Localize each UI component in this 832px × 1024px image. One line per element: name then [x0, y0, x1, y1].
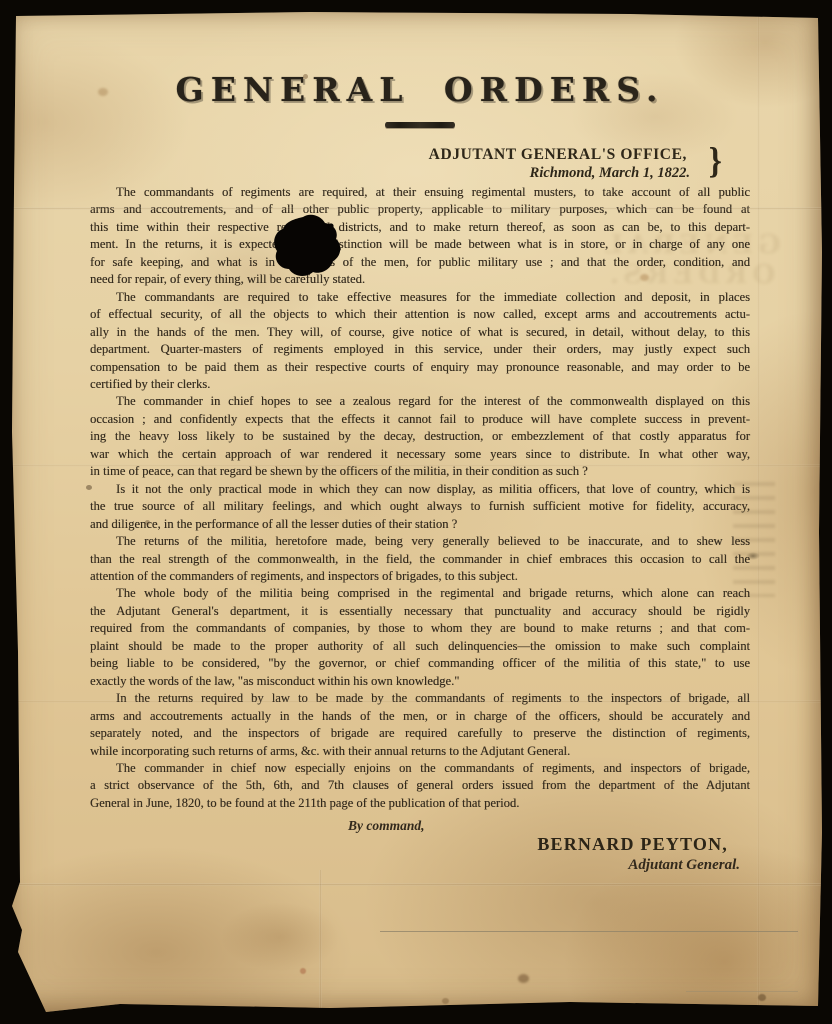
text-line: of effectual security, of all the object… [90, 306, 750, 323]
office-dateline: Richmond, March 1, 1822. [400, 165, 690, 182]
text-line: war which the certain approach of war re… [90, 446, 750, 463]
paper-stain [518, 974, 529, 983]
title-rule [385, 122, 455, 128]
text-line: than the real strength of the commonweal… [90, 551, 750, 568]
text-line: attention of the commanders of regiments… [90, 568, 750, 585]
paper-stain [442, 998, 449, 1004]
text-line: arms and accoutrements, and of all other… [90, 201, 750, 218]
text-line: Is it not the only practical mode in whi… [90, 481, 750, 498]
text-line: required from the commandants of compani… [90, 620, 750, 637]
ink-blot [273, 213, 345, 279]
fold-crease [10, 883, 822, 886]
text-line: The commander in chief hopes to see a ze… [90, 393, 750, 410]
office-header: ADJUTANT GENERAL'S OFFICE, Richmond, Mar… [400, 146, 690, 182]
text-line: being liable to be considered, "by the g… [90, 655, 750, 672]
text-line: while incorporating such returns of arms… [90, 743, 750, 760]
by-command-line: By command, [348, 818, 425, 834]
ruled-line [380, 931, 798, 932]
text-line: arms and accoutrements actually in the h… [90, 708, 750, 725]
document-body: The commandants of regiments are require… [90, 184, 750, 812]
bleed-through-smudge [733, 482, 775, 597]
text-line: The commandants of regiments are require… [90, 184, 750, 201]
page-title: GENERAL ORDERS. [90, 70, 750, 109]
text-line: The returns of the militia, heretofore m… [90, 533, 750, 550]
signature-name: BERNARD PEYTON, [410, 834, 728, 855]
text-line: department. Quarter-masters of regiments… [90, 341, 750, 358]
signature-title: Adjutant General. [410, 857, 740, 874]
text-line: In the returns required by law to be mad… [90, 690, 750, 707]
text-line: for safe keeping, and what is in the han… [90, 254, 750, 271]
text-line: the Adjutant General's department, it is… [90, 603, 750, 620]
margin-mark [746, 552, 760, 560]
text-line: in time of peace, can that regard be she… [90, 463, 750, 480]
text-line: a strict observance of the 5th, 6th, and… [90, 777, 750, 794]
document-page: GENERAL ORDERS. GENERAL ORDERS. ADJUTANT… [10, 12, 822, 1012]
paper-stain [758, 994, 766, 1001]
text-line: The commander in chief now especially en… [90, 760, 750, 777]
text-line: plaint should be made to the proper auth… [90, 638, 750, 655]
office-name: ADJUTANT GENERAL'S OFFICE, [400, 146, 690, 164]
ruled-line [686, 991, 798, 992]
text-line: ment. In the returns, it is expected tha… [90, 236, 750, 253]
text-line: General in June, 1820, to be found at th… [90, 795, 750, 812]
text-line: exactly the words of the law, "as miscon… [90, 673, 750, 690]
text-line: The commandants are required to take eff… [90, 289, 750, 306]
fold-crease [319, 870, 322, 1012]
text-line: the true source of all military feelings… [90, 498, 750, 515]
paper-stain [220, 902, 340, 972]
brace-glyph: } [709, 140, 722, 183]
text-line: compensation to be paid them as their re… [90, 359, 750, 376]
text-line: separately noted, and the inspectors of … [90, 725, 750, 742]
text-line: ally in the hands of the men. They will,… [90, 324, 750, 341]
text-line: The whole body of the militia being comp… [90, 585, 750, 602]
text-line: certified by their clerks. [90, 376, 750, 393]
text-line: and diligence, in the performance of all… [90, 516, 750, 533]
text-line: occasion ; and confidently expects that … [90, 411, 750, 428]
text-line: ing the heavy loss likely to be sustaine… [90, 428, 750, 445]
paper-stain [300, 968, 306, 974]
text-line: this time within their respective regime… [90, 219, 750, 236]
text-line: need for repair, of every thing, will be… [90, 271, 750, 288]
